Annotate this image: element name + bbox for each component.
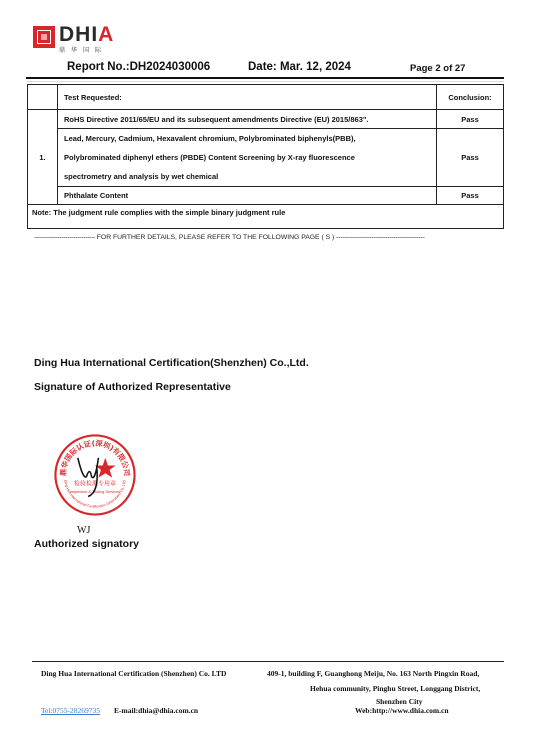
- page-number: Page 2 of 27: [410, 63, 465, 74]
- test-line: spectrometry and analysis by wet chemica…: [64, 167, 430, 186]
- table-row: Phthalate Content Pass: [28, 187, 504, 205]
- test-cell: Lead, Mercury, Cadmium, Hexavalent chrom…: [58, 129, 437, 187]
- svg-text:检验检测专用章: 检验检测专用章: [74, 479, 116, 487]
- conclusion-header: Conclusion:: [437, 85, 504, 110]
- test-requested-header: Test Requested:: [58, 85, 437, 110]
- footer-address-line-3: Shenzhen City: [376, 697, 422, 706]
- conclusion-cell: Pass: [437, 187, 504, 205]
- logo-subtitle: 鼎华国际: [59, 45, 107, 54]
- company-logo: DHIA 鼎华国际: [33, 26, 143, 52]
- test-line: Lead, Mercury, Cadmium, Hexavalent chrom…: [64, 129, 430, 148]
- footer-email: E-mail:dhia@dhia.com.cn: [114, 706, 198, 715]
- logo-mark-icon: [33, 26, 55, 48]
- report-number: Report No.:DH2024030006: [67, 61, 210, 73]
- header-divider-light: [26, 81, 504, 82]
- signature-title: Signature of Authorized Representative: [34, 381, 231, 393]
- table-row: Lead, Mercury, Cadmium, Hexavalent chrom…: [28, 129, 504, 187]
- test-line: Polybrominated diphenyl ethers (PBDE) Co…: [64, 148, 430, 167]
- note-row: Note: The judgment rule complies with th…: [28, 205, 504, 229]
- report-date: Date: Mar. 12, 2024: [248, 61, 351, 73]
- company-name: Ding Hua International Certification(She…: [34, 357, 309, 369]
- item-number: 1.: [28, 110, 58, 205]
- logo-wordmark: DHIA: [59, 23, 114, 47]
- dotted-separator: ----------------------------------------…: [336, 234, 424, 241]
- table-row: 1. RoHS Directive 2011/65/EU and its sub…: [28, 110, 504, 129]
- footer-address-line-2: Hehua community, Pinghu Street, Longgang…: [310, 684, 480, 693]
- company-seal-icon: 鼎华国际认证(深圳)有限公司 Ding Hua International Ce…: [52, 432, 138, 518]
- dotted-separator: -------------------------------: [34, 234, 95, 241]
- judgment-note: Note: The judgment rule complies with th…: [28, 205, 504, 229]
- header-divider: [26, 77, 504, 79]
- footer-address-line-1: 409-1, building F, Guanghong Meiju, No. …: [267, 669, 479, 678]
- conclusion-cell: Pass: [437, 110, 504, 129]
- table-header-row: Test Requested: Conclusion:: [28, 85, 504, 110]
- authorized-signatory-label: Authorized signatory: [34, 538, 139, 550]
- footer-tel-link[interactable]: Tel:0755-28269735: [41, 706, 100, 715]
- footer-company: Ding Hua International Certification (Sh…: [41, 669, 226, 678]
- signer-initials: WJ: [77, 525, 90, 536]
- test-cell: RoHS Directive 2011/65/EU and its subseq…: [58, 110, 437, 129]
- footer-divider: [32, 661, 504, 662]
- further-details-text: FOR FURTHER DETAILS, PLEASE REFER TO THE…: [97, 234, 335, 241]
- further-details-line: ------------------------------- FOR FURT…: [34, 234, 425, 241]
- conclusion-cell: Pass: [437, 129, 504, 187]
- test-cell: Phthalate Content: [58, 187, 437, 205]
- item-header-cell: [28, 85, 58, 110]
- footer-web: Web:http://www.dhia.com.cn: [355, 706, 449, 715]
- results-table: Test Requested: Conclusion: 1. RoHS Dire…: [27, 84, 504, 229]
